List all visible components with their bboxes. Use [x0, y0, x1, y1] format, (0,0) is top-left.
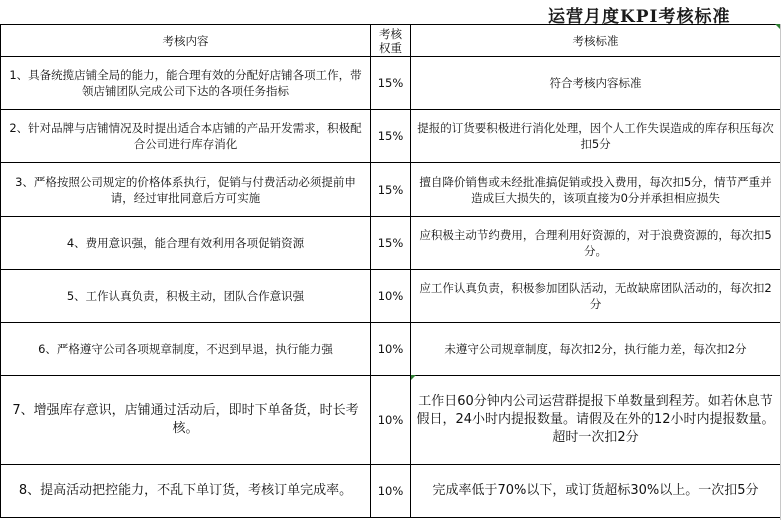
cell-weight[interactable]: 15%: [371, 110, 411, 163]
header-weight-line1: 考核: [371, 27, 410, 41]
cell-standard[interactable]: 工作日60分钟内公司运营群提报下单数量到程芳。如若休息节假日，24小时内提报数量…: [411, 376, 781, 465]
column-gridline: [780, 24, 781, 520]
table-row: 4、费用意识强，能合理有效利用各项促销资源 15% 应积极主动节约费用，合理利用…: [1, 217, 781, 270]
table-row: 7、增强库存意识，店铺通过活动后，即时下单备货，时长考核。 10% 工作日60分…: [1, 376, 781, 465]
comment-marker-icon: [411, 375, 416, 380]
cell-weight[interactable]: 15%: [371, 217, 411, 270]
comment-marker-icon: [775, 24, 780, 29]
cell-standard[interactable]: 提报的订货要积极进行消化处理，因个人工作失误造成的库存积压每次扣5分: [411, 110, 781, 163]
header-content[interactable]: 考核内容: [1, 25, 371, 57]
cell-standard[interactable]: 完成率低于70%以下，或订货超标30%以上。一次扣5分: [411, 465, 781, 518]
cell-content[interactable]: 6、严格遵守公司各项规章制度，不迟到早退，执行能力强: [1, 323, 371, 376]
cell-content[interactable]: 3、严格按照公司规定的价格体系执行，促销与付费活动必须提前申请，经过审批同意后方…: [1, 163, 371, 217]
cell-weight[interactable]: 15%: [371, 163, 411, 217]
cell-content[interactable]: 7、增强库存意识，店铺通过活动后，即时下单备货，时长考核。: [1, 376, 371, 465]
table-row: 2、针对品牌与店铺情况及时提出适合本店铺的产品开发需求，积极配合公司进行库存消化…: [1, 110, 781, 163]
cell-content[interactable]: 4、费用意识强，能合理有效利用各项促销资源: [1, 217, 371, 270]
cell-weight[interactable]: 10%: [371, 323, 411, 376]
table-row: 3、严格按照公司规定的价格体系执行，促销与付费活动必须提前申请，经过审批同意后方…: [1, 163, 781, 217]
table-header-row: 考核内容 考核 权重 考核标准: [1, 25, 781, 57]
table-row: 6、严格遵守公司各项规章制度，不迟到早退，执行能力强 10% 未遵守公司规章制度…: [1, 323, 781, 376]
cell-content[interactable]: 1、具备统揽店铺全局的能力，能合理有效的分配好店铺各项工作，带领店铺团队完成公司…: [1, 57, 371, 110]
cell-content[interactable]: 2、针对品牌与店铺情况及时提出适合本店铺的产品开发需求，积极配合公司进行库存消化: [1, 110, 371, 163]
cell-standard[interactable]: 应积极主动节约费用，合理利用好资源的，对于浪费资源的，每次扣5分。: [411, 217, 781, 270]
cell-content[interactable]: 8、提高活动把控能力，不乱下单订货，考核订单完成率。: [1, 465, 371, 518]
cell-weight[interactable]: 15%: [371, 57, 411, 110]
cell-standard[interactable]: 未遵守公司规章制度，每次扣2分，执行能力差，每次扣2分: [411, 323, 781, 376]
cell-weight[interactable]: 10%: [371, 270, 411, 323]
cell-standard[interactable]: 擅自降价销售或未经批准搞促销或投入费用，每次扣5分，情节严重并造成巨大损失的，该…: [411, 163, 781, 217]
cell-content[interactable]: 5、工作认真负责，积极主动，团队合作意识强: [1, 270, 371, 323]
table-row: 1、具备统揽店铺全局的能力，能合理有效的分配好店铺各项工作，带领店铺团队完成公司…: [1, 57, 781, 110]
cell-standard[interactable]: 符合考核内容标准: [411, 57, 781, 110]
table-row: 5、工作认真负责，积极主动，团队合作意识强 10% 应工作认真负责，积极参加团队…: [1, 270, 781, 323]
cell-weight[interactable]: 10%: [371, 376, 411, 465]
header-weight[interactable]: 考核 权重: [371, 25, 411, 57]
table-row: 8、提高活动把控能力，不乱下单订货，考核订单完成率。 10% 完成率低于70%以…: [1, 465, 781, 518]
cell-standard[interactable]: 应工作认真负责，积极参加团队活动，无故缺席团队活动的，每次扣2分: [411, 270, 781, 323]
kpi-table: 考核内容 考核 权重 考核标准 1、具备统揽店铺全局的能力，能合理有效的分配好店…: [0, 24, 781, 518]
cell-weight[interactable]: 10%: [371, 465, 411, 518]
header-weight-line2: 权重: [371, 41, 410, 55]
sheet-title: 运营月度KPI考核标准: [548, 2, 784, 24]
header-standard[interactable]: 考核标准: [411, 25, 781, 57]
